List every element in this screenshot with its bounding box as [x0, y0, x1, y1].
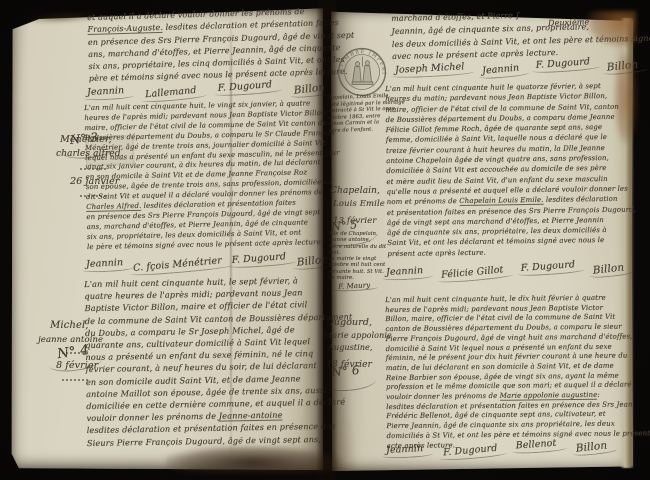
- margin-date-18-fevrier: 18 février: [326, 360, 372, 370]
- signature: Bellenot: [516, 438, 558, 453]
- margin-date-13-fevrier: 13 février: [333, 216, 376, 226]
- signature: Billon: [296, 253, 329, 268]
- margin-dots: [62, 352, 88, 354]
- margin-dots: [62, 379, 88, 381]
- margin-name-chapelain: Chapelain,: [330, 186, 380, 196]
- signature: Billon: [607, 58, 640, 73]
- signature: Lallemand: [145, 85, 197, 101]
- signature: Joseph Michel: [395, 61, 465, 77]
- signature: Jeannin: [481, 62, 519, 77]
- signature: Billon: [576, 439, 609, 454]
- margin-note-line: mère naturelle du dit: [328, 244, 386, 250]
- left-act3-text: L'an mil huit cent cinquante huit, le vi…: [84, 99, 327, 253]
- signature: F. Dugourd: [520, 259, 575, 275]
- signature: F. Dugourd: [231, 251, 286, 267]
- right-signature-row-1: Joseph MichelJeanninF. DugourdBillon: [395, 63, 639, 75]
- signature: Jeannin: [386, 265, 424, 279]
- margin-note-line: Le maire.: [328, 275, 386, 281]
- margin-name-louis-emile: Louis Emile: [333, 199, 385, 209]
- signature: Billon: [592, 261, 625, 276]
- margin-legitimation-note: Chapelain, Louis Emile,a été légitimé pa…: [325, 93, 388, 135]
- register-scan: et auquel il a déclaré vouloir donner le…: [0, 0, 650, 480]
- signature: F. Dugourd: [217, 79, 272, 95]
- signature: F. Dugourd: [442, 443, 497, 460]
- margin-note-signature: F. Maury: [338, 281, 371, 291]
- right-signature-row-2: JeanninFélicie GillotF. DugourdBillon: [386, 266, 624, 278]
- left-signature-row-1: JeanninLallemandF. DugourdBillon: [87, 86, 325, 98]
- margin-note-line: octobre mil huit cent: [328, 262, 386, 268]
- left-act4-text: L'an mil huit cent cinquante huit, le se…: [84, 274, 327, 449]
- signature: Billon: [293, 81, 326, 96]
- left-act2-end-text: et auquel il a déclaré vouloir donner le…: [87, 5, 323, 85]
- right-act6-text: L'an mil huit cent cinquante huit, le di…: [385, 293, 631, 451]
- margin-name-marie-appolonie: Marie appolonie: [324, 331, 392, 340]
- margin-name-dugourd: Dugourd,: [326, 317, 372, 328]
- margin-name-michel: Michel,: [50, 320, 88, 331]
- signature: Jeannin: [87, 85, 125, 99]
- margin-note-act5: fille de Chapelain,Jeanne antoine,mère n…: [328, 231, 386, 281]
- imperial-stamp-icon: TIMBRE IMPÉRIAL: [335, 45, 389, 99]
- margin-name-augustine: Augustine,: [328, 343, 373, 352]
- right-signature-row-3: JeanninF. DugourdBellenotBillon: [386, 444, 608, 456]
- right-act5-text: L'an mil huit cent cinquante huit le qua…: [385, 81, 631, 259]
- right-act4-end-text: marchand d'étoffes, et Pierre ∫Jeannin, …: [391, 7, 628, 64]
- inserted-word: Deuxième: [548, 17, 590, 27]
- signature: Jeannin: [386, 443, 424, 457]
- signature: F. Dugourd: [535, 56, 590, 72]
- left-signature-row-2: JeanninC. fçois MénétrierF. DugourdBillo…: [86, 258, 328, 270]
- signature: Jeannin: [86, 257, 124, 271]
